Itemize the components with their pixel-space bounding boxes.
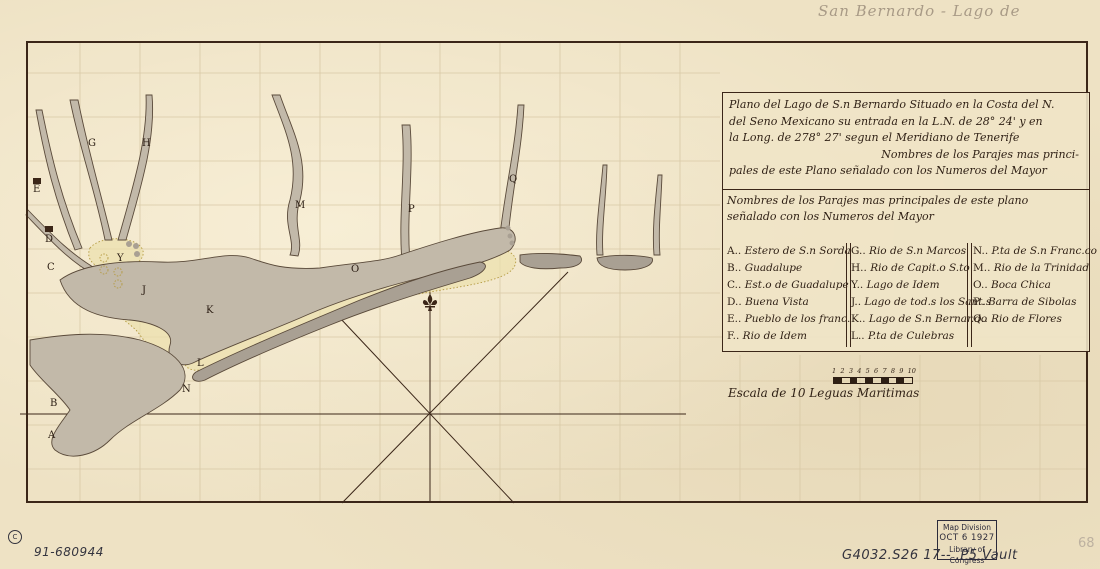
legend-item: J.. Lago de tod.s los Sant.s	[851, 294, 967, 311]
legend-heading-line-2: señalado con los Numeros del Mayor	[727, 209, 1083, 225]
map-label-k: K	[206, 305, 213, 316]
legend-item: Y.. Lago de Idem	[851, 277, 967, 294]
title-cartouche: Plano del Lago de S.n Bernardo Situado e…	[722, 92, 1090, 352]
legend-column-1: A.. Estero de S.n Sorda B.. Guadalupe C.…	[727, 243, 845, 345]
map-label-j: J	[142, 285, 146, 296]
copyright-mark: C	[8, 530, 22, 544]
call-number: G4032.S26 17-- .P5 Vault	[842, 548, 1018, 563]
map-label-m: M	[295, 200, 305, 211]
legend-item: Q.. Rio de Flores	[973, 311, 1091, 328]
legend-item: A.. Estero de S.n Sorda	[727, 243, 845, 260]
legend-item: E.. Pueblo de los franc.	[727, 311, 845, 328]
legend-columns: A.. Estero de S.n Sorda B.. Guadalupe C.…	[727, 243, 1085, 347]
map-label-o: O	[351, 264, 359, 275]
legend-item: K.. Lago de S.n Bernar.do	[851, 311, 967, 328]
scale-bar	[833, 377, 913, 384]
cartouche-divider	[723, 189, 1089, 190]
stamp-line-1: Map Division	[938, 522, 996, 533]
scale-caption: Escala de 10 Leguas Maritimas	[728, 386, 919, 400]
legend-item: C.. Est.o de Guadalupe	[727, 277, 845, 294]
map-label-b: B	[50, 398, 57, 409]
legend-item: B.. Guadalupe	[727, 260, 845, 277]
map-label-h: H	[142, 138, 151, 149]
legend-item: L.. P.ta de Culebras	[851, 328, 967, 345]
map-label-c: C	[47, 262, 55, 273]
map-label-p: P	[408, 204, 415, 215]
map-label-g: G	[88, 138, 96, 149]
subtitle-line-2: pales de este Plano señalado con los Num…	[729, 163, 1083, 180]
legend-item: F.. Rio de Idem	[727, 328, 845, 345]
legend-item: H.. Rio de Capit.o S.to	[851, 260, 967, 277]
scale-tick-labels: 1 2 3 4 5 6 7 8 9 10	[832, 367, 916, 375]
legend-item: D.. Buena Vista	[727, 294, 845, 311]
title-line-1: Plano del Lago de S.n Bernardo Situado e…	[729, 97, 1083, 114]
legend-item: P.. Barra de Sibolas	[973, 294, 1091, 311]
map-label-a: A	[48, 430, 55, 441]
map-title: Plano del Lago de S.n Bernardo Situado e…	[729, 97, 1083, 180]
legend-item: N.. P.ta de S.n Franc.co	[973, 243, 1091, 260]
legend-column-separator	[967, 243, 972, 347]
map-label-n: N	[182, 384, 191, 395]
legend-item: M.. Rio de la Trinidad	[973, 260, 1091, 277]
legend-heading-line-1: Nombres de los Parajes mas principales d…	[727, 193, 1083, 209]
title-line-2: del Seno Mexicano su entrada en la L.N. …	[729, 114, 1083, 131]
lccn-number: 91-680944	[34, 545, 104, 559]
map-label-d: D	[45, 234, 53, 245]
map-label-e: E	[33, 184, 40, 195]
legend-item: O.. Boca Chica	[973, 277, 1091, 294]
title-line-3: la Long. de 278° 27' segun el Meridiano …	[729, 130, 1083, 147]
map-label-q: Q	[509, 174, 517, 185]
legend-heading: Nombres de los Parajes mas principales d…	[727, 193, 1083, 225]
legend-column-3: N.. P.ta de S.n Franc.co M.. Rio de la T…	[973, 243, 1091, 328]
map-label-y: Y	[117, 253, 124, 264]
map-label-l: L	[197, 358, 204, 369]
legend-column-2: G.. Rio de S.n Marcos H.. Rio de Capit.o…	[851, 243, 967, 345]
subtitle-line-1: Nombres de los Parajes mas princi-	[729, 147, 1083, 164]
legend-item: G.. Rio de S.n Marcos	[851, 243, 967, 260]
stamp-date: OCT 6 1927	[938, 533, 996, 544]
page-number: 68	[1078, 536, 1095, 551]
